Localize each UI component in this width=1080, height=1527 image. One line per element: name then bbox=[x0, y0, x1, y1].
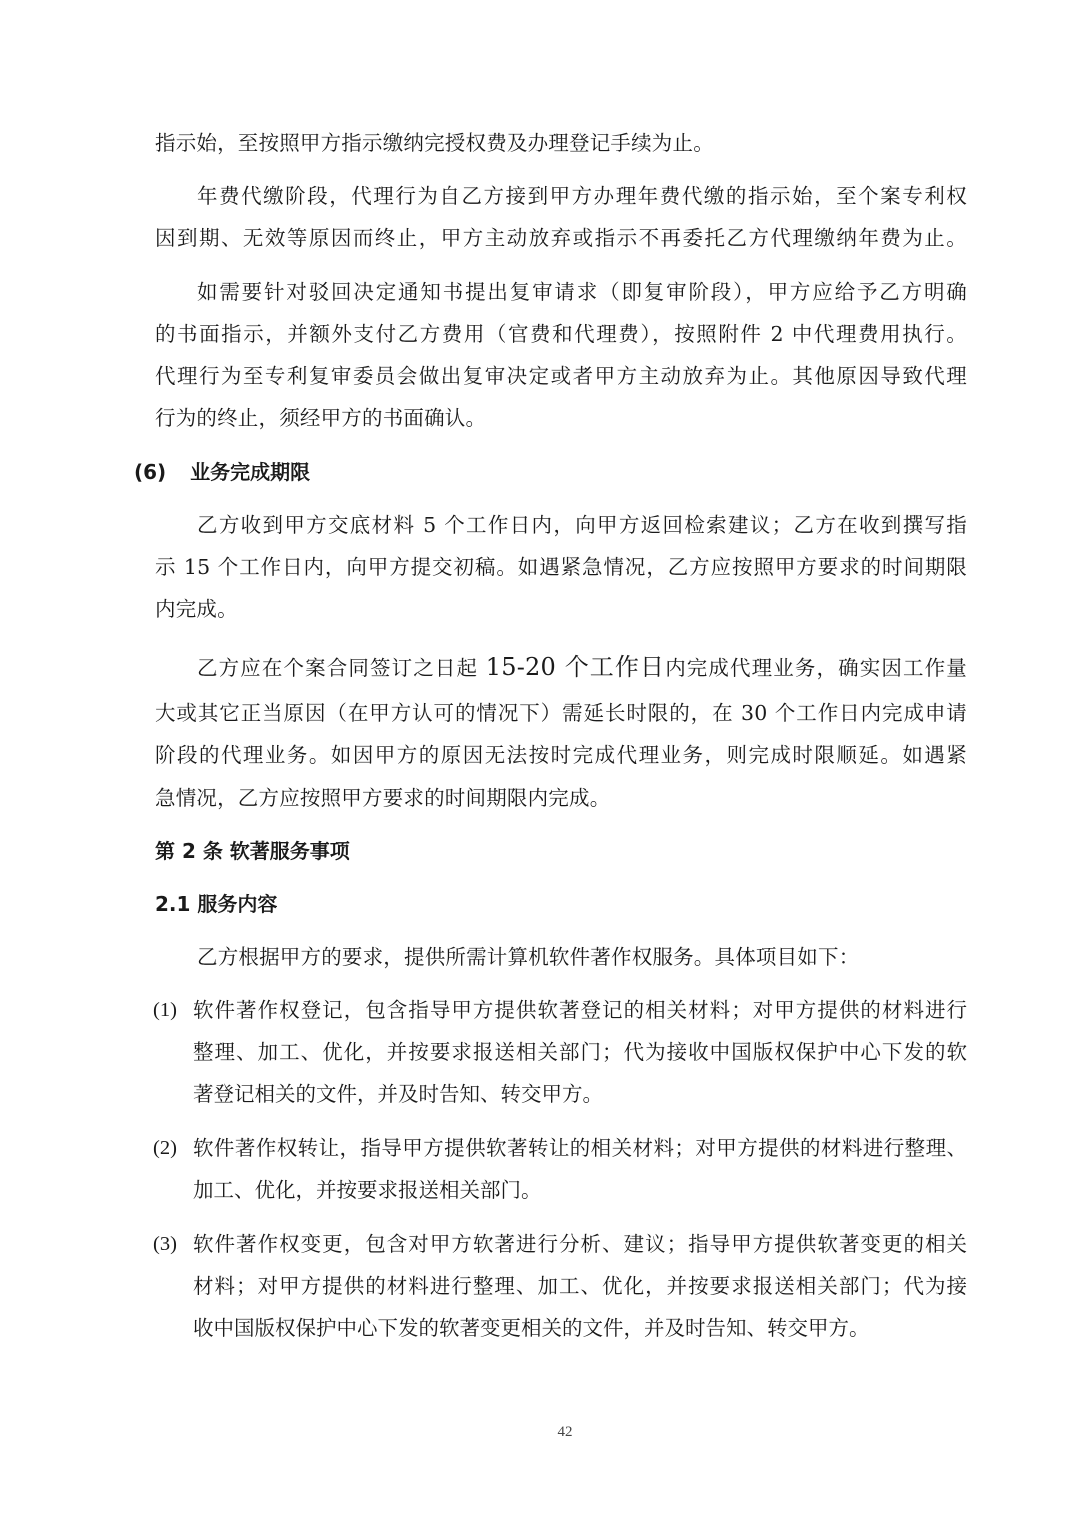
heading-number: (6) bbox=[134, 460, 166, 484]
list-item-line: 收中国版权保护中心下发的软著变更相关的文件，并及时告知、转交甲方。 bbox=[193, 1315, 967, 1341]
list-item-number: (2) bbox=[153, 1135, 177, 1161]
list-item-line: 软件著作权转让，指导甲方提供软著转让的相关材料；对甲方提供的材料进行整理、 bbox=[193, 1135, 967, 1161]
paragraph-line: 乙方应在个案合同签订之日起 15-20 个工作日内完成代理业务，确实因工作量 bbox=[197, 654, 967, 681]
document-page: 指示始，至按照甲方指示缴纳完授权费及办理登记手续为止。 年费代缴阶段，代理行为自… bbox=[0, 0, 1080, 1527]
emphasized-text: 15-20 个工作日 bbox=[486, 653, 665, 681]
paragraph-line: 内完成。 bbox=[155, 596, 967, 622]
list-item-line: 软件著作权登记，包含指导甲方提供软著登记的相关材料；对甲方提供的材料进行 bbox=[193, 997, 967, 1023]
paragraph-line: 示 15 个工作日内，向甲方提交初稿。如遇紧急情况，乙方应按照甲方要求的时间期限 bbox=[155, 554, 967, 580]
paragraph-line: 指示始，至按照甲方指示缴纳完授权费及办理登记手续为止。 bbox=[155, 130, 967, 156]
heading-title: 业务完成期限 bbox=[190, 460, 310, 484]
paragraph-line: 代理行为至专利复审委员会做出复审决定或者甲方主动放弃为止。其他原因导致代理 bbox=[155, 363, 967, 389]
list-item-number: (3) bbox=[153, 1231, 177, 1257]
paragraph-line: 行为的终止，须经甲方的书面确认。 bbox=[155, 405, 967, 431]
paragraph-line: 大或其它正当原因（在甲方认可的情况下）需延长时限的，在 30 个工作日内完成申请 bbox=[155, 700, 967, 726]
list-item-line: 软件著作权变更，包含对甲方软著进行分析、建议；指导甲方提供软著变更的相关 bbox=[193, 1231, 967, 1257]
text-span: 乙方应在个案合同签订之日起 bbox=[197, 656, 486, 680]
subsection-heading: 2.1 服务内容 bbox=[155, 891, 277, 917]
list-item-line: 著登记相关的文件，并及时告知、转交甲方。 bbox=[193, 1081, 967, 1107]
list-item-line: 材料；对甲方提供的材料进行整理、加工、优化，并按要求报送相关部门；代为接 bbox=[193, 1273, 967, 1299]
paragraph-line: 急情况，乙方应按照甲方要求的时间期限内完成。 bbox=[155, 785, 967, 811]
list-item-number: (1) bbox=[153, 997, 177, 1023]
paragraph-line: 因到期、无效等原因而终止，甲方主动放弃或指示不再委托乙方代理缴纳年费为止。 bbox=[155, 225, 967, 251]
paragraph-line: 乙方收到甲方交底材料 5 个工作日内，向甲方返回检索建议；乙方在收到撰写指 bbox=[197, 512, 967, 538]
list-item-line: 整理、加工、优化，并按要求报送相关部门；代为接收中国版权保护中心下发的软 bbox=[193, 1039, 967, 1065]
paragraph-line: 的书面指示，并额外支付乙方费用（官费和代理费），按照附件 2 中代理费用执行。 bbox=[155, 321, 967, 347]
list-item-line: 加工、优化，并按要求报送相关部门。 bbox=[193, 1177, 967, 1203]
paragraph-line: 年费代缴阶段，代理行为自乙方接到甲方办理年费代缴的指示始，至个案专利权 bbox=[197, 183, 967, 209]
paragraph-line: 阶段的代理业务。如因甲方的原因无法按时完成代理业务，则完成时限顺延。如遇紧 bbox=[155, 742, 967, 768]
paragraph-line: 如需要针对驳回决定通知书提出复审请求（即复审阶段），甲方应给予乙方明确 bbox=[197, 279, 967, 305]
article-heading: 第 2 条 软著服务事项 bbox=[155, 838, 350, 864]
page-number: 42 bbox=[0, 1424, 1080, 1441]
section-heading: (6) 业务完成期限 bbox=[134, 459, 310, 485]
paragraph-line: 乙方根据甲方的要求，提供所需计算机软件著作权服务。具体项目如下： bbox=[197, 944, 967, 970]
text-span: 内完成代理业务，确实因工作量 bbox=[665, 656, 967, 680]
